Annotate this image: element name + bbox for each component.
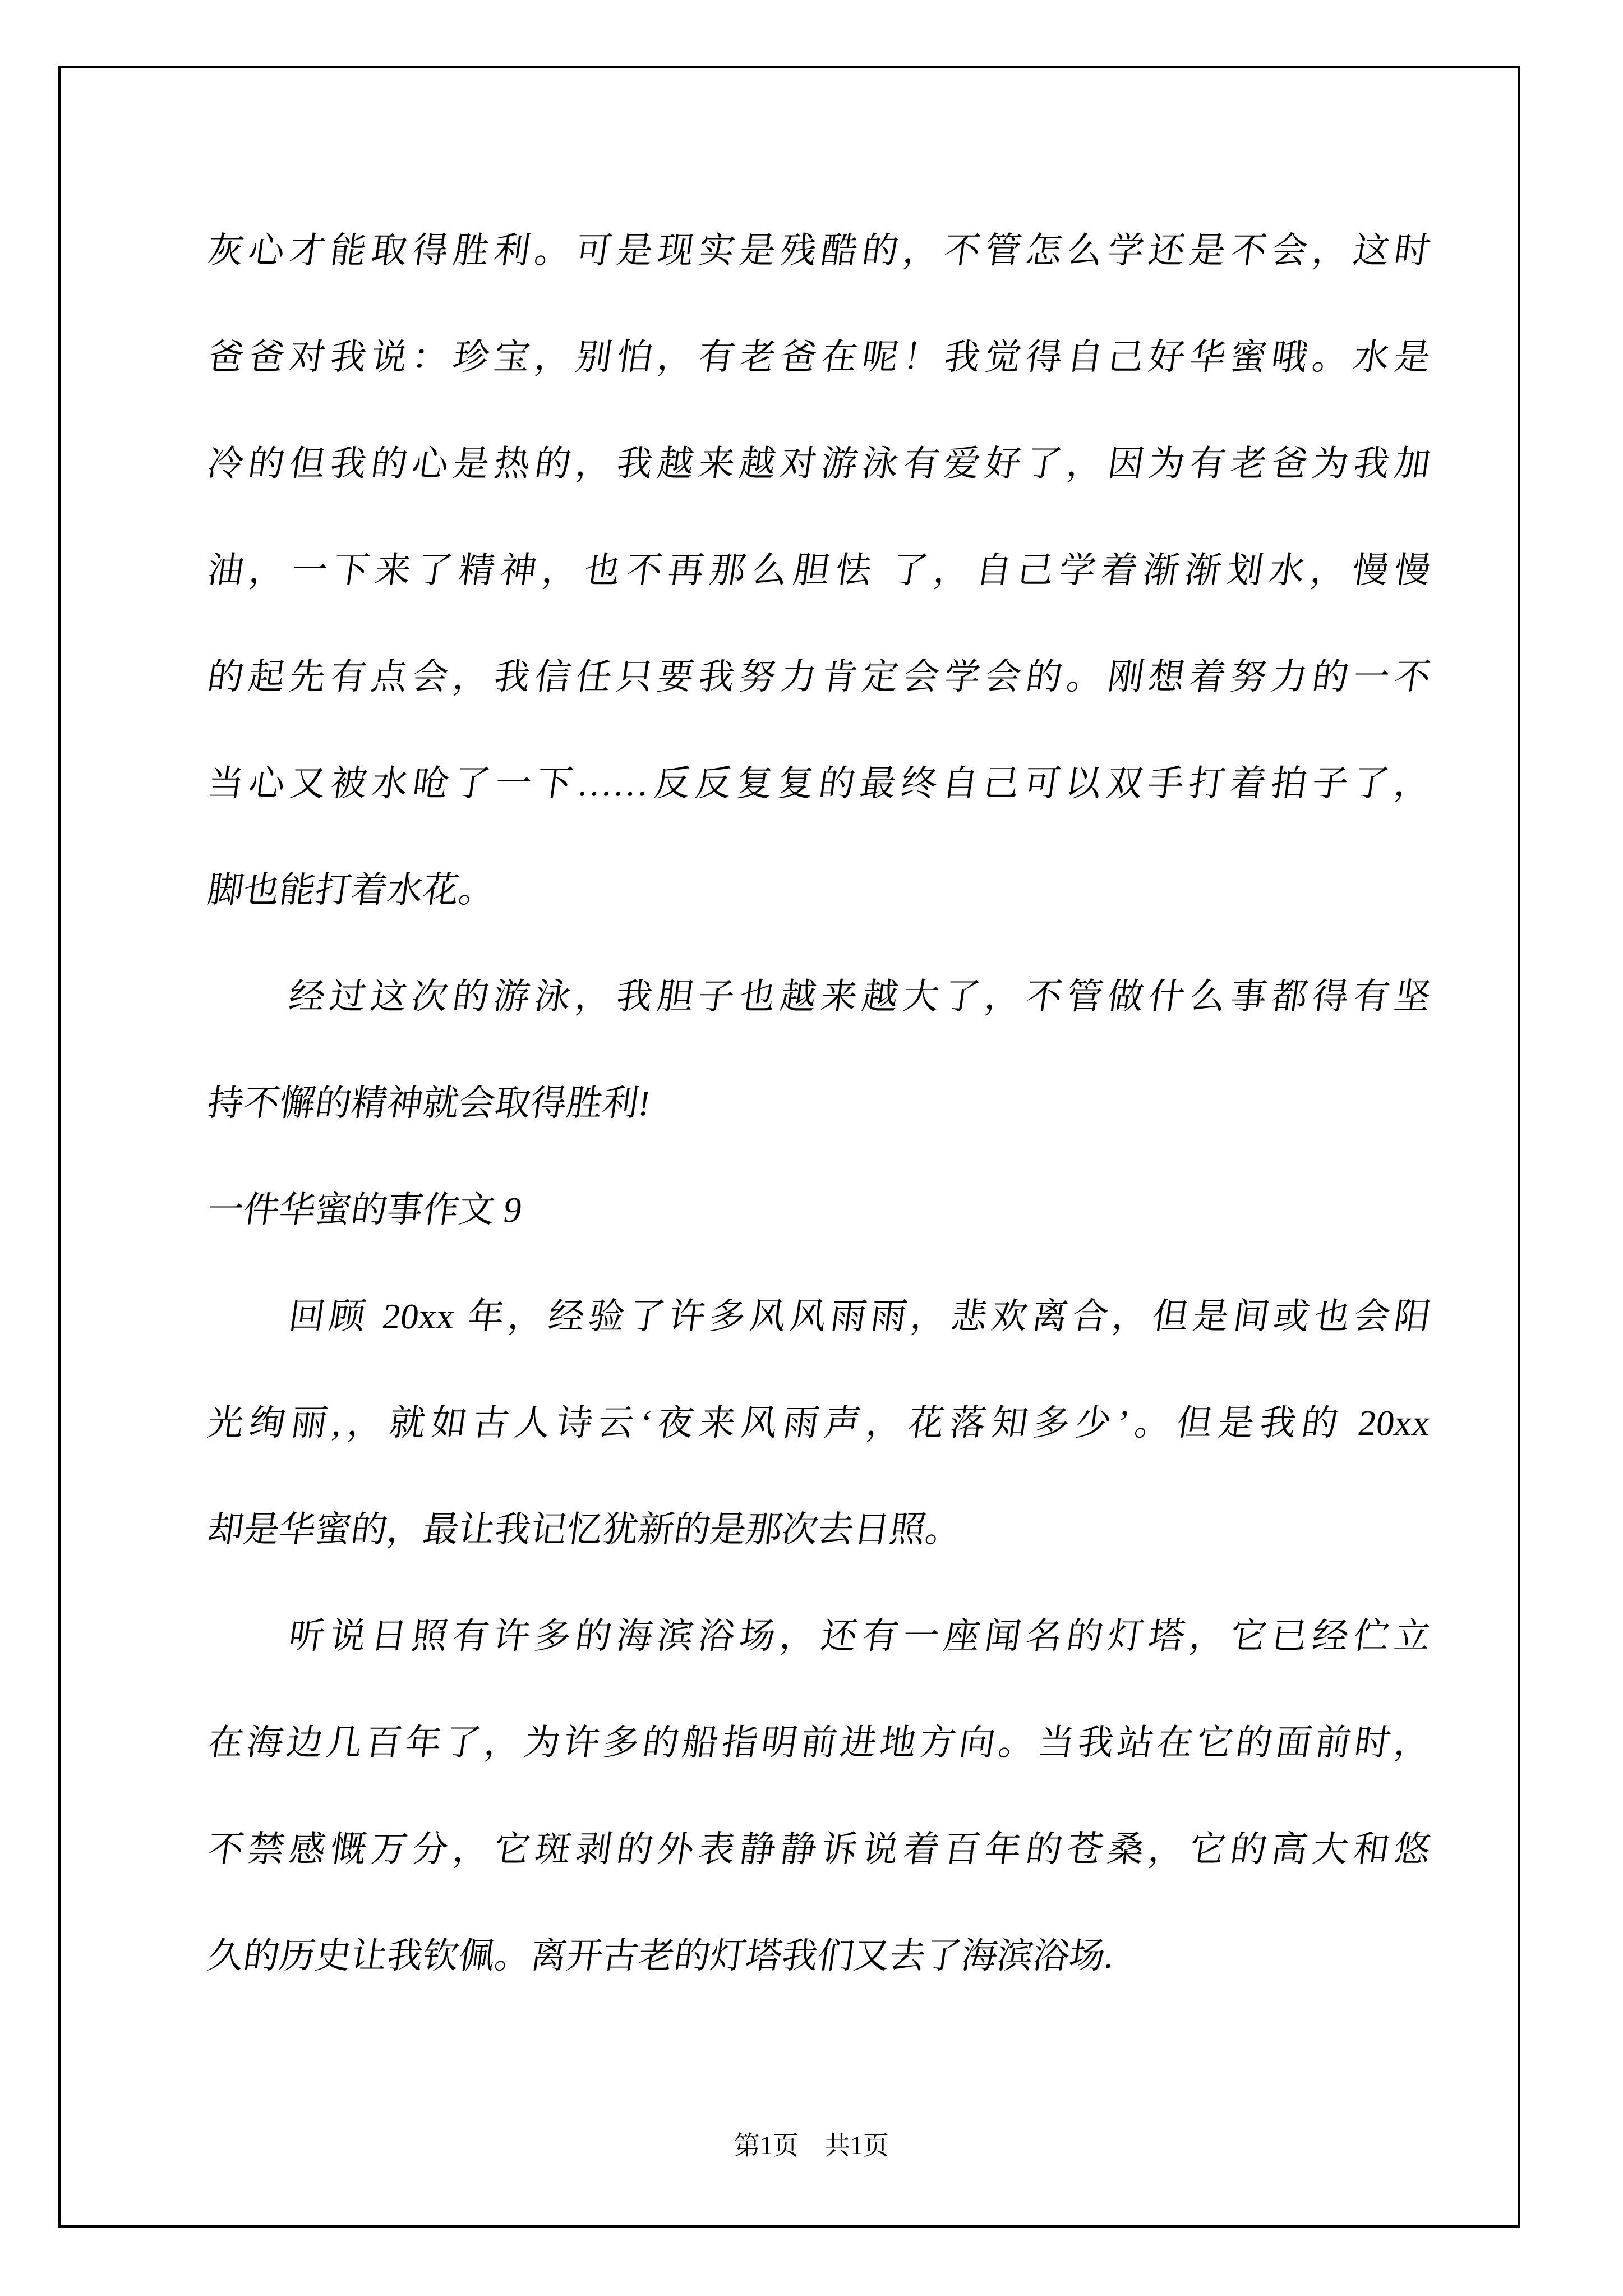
text-line: 持不懈的精神就会取得胜利! (200, 1050, 1438, 1157)
text-line: 油，一下来了精神，也不再那么胆怯 了，自己学着渐渐划水，慢慢 (200, 517, 1438, 624)
text-line: 的起先有点会，我信任只要我努力肯定会学会的。刚想着努力的一不 (200, 624, 1438, 730)
text-line: 在海边几百年了，为许多的船指明前进地方向。当我站在它的面前时， (200, 1690, 1438, 1796)
document-body: 灰心才能取得胜利。可是现实是残酷的，不管怎么学还是不会，这时 爸爸对我说：珍宝，… (200, 197, 1423, 2009)
text-line: 光绚丽,，就如古人诗云‘夜来风雨声，花落知多少’。但是我的 20xx (200, 1370, 1438, 1476)
text-line: 灰心才能取得胜利。可是现实是残酷的，不管怎么学还是不会，这时 (200, 197, 1438, 304)
text-line: 听说日照有许多的海滨浴场，还有一座闻名的灯塔，它已经伫立 (200, 1583, 1438, 1690)
document-page: { "page": { "background_color": "#ffffff… (0, 0, 1623, 2296)
text-line: 经过这次的游泳，我胆子也越来越大了，不管做什么事都得有坚 (200, 944, 1438, 1050)
text-line: 久的历史让我钦佩。离开古老的灯塔我们又去了海滨浴场. (200, 1903, 1438, 2009)
text-line: 爸爸对我说：珍宝，别怕，有老爸在呢！我觉得自己好华蜜哦。水是 (200, 304, 1438, 411)
text-line: 脚也能打着水花。 (200, 837, 1438, 944)
section-heading: 一件华蜜的事作文 9 (200, 1157, 1438, 1263)
text-line: 当心又被水呛了一下……反反复复的最终自己可以双手打着拍子了， (200, 730, 1438, 837)
page-number-footer: 第1页 共1页 (0, 2126, 1623, 2165)
text-line: 不禁感慨万分，它斑剥的外表静静诉说着百年的苍桑，它的高大和悠 (200, 1796, 1438, 1903)
text-line: 却是华蜜的，最让我记忆犹新的是那次去日照。 (200, 1476, 1438, 1583)
text-line: 回顾 20xx 年，经验了许多风风雨雨，悲欢离合，但是间或也会阳 (200, 1263, 1438, 1370)
text-line: 冷的但我的心是热的，我越来越对游泳有爱好了，因为有老爸为我加 (200, 411, 1438, 517)
